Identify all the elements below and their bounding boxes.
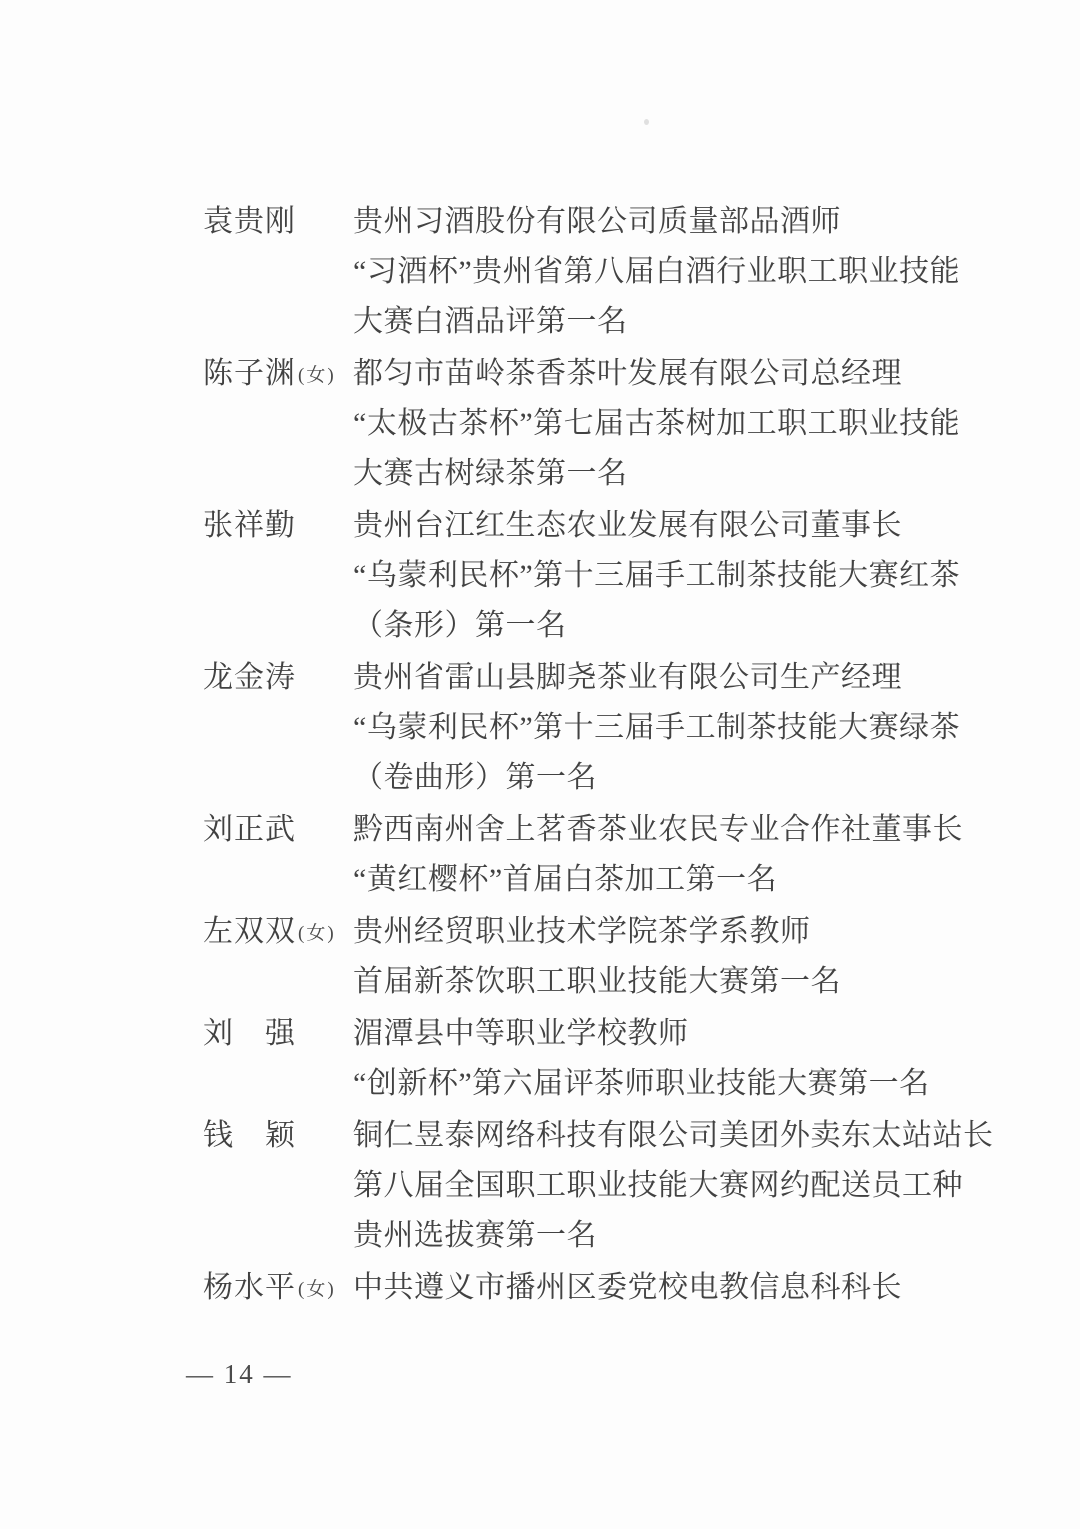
- entry-content-column: 贵州台江红生态农业发展有限公司董事长“乌蒙利民杯”第十三届手工制茶技能大赛红茶（…: [353, 501, 973, 651]
- award-entry: 龙金涛 贵州省雷山县脚尧茶业有限公司生产经理“乌蒙利民杯”第十三届手工制茶技能大…: [203, 653, 973, 803]
- entry-line: 第八届全国职工职业技能大赛网约配送员工种: [353, 1161, 994, 1211]
- recipient-name: 杨水平: [203, 1263, 296, 1313]
- recipient-name: 钱 颖: [203, 1111, 296, 1161]
- recipient-name: 袁贵刚: [203, 197, 296, 247]
- entry-content-column: 贵州省雷山县脚尧茶业有限公司生产经理“乌蒙利民杯”第十三届手工制茶技能大赛绿茶（…: [353, 653, 973, 803]
- entry-line: 大赛白酒品评第一名: [353, 297, 973, 347]
- award-entry: 刘 强 湄潭县中等职业学校教师“创新杯”第六届评茶师职业技能大赛第一名: [203, 1009, 973, 1109]
- entry-content-column: 铜仁昱泰网络科技有限公司美团外卖东太站站长第八届全国职工职业技能大赛网约配送员工…: [353, 1111, 994, 1261]
- entry-line: “创新杯”第六届评茶师职业技能大赛第一名: [353, 1059, 973, 1109]
- entry-content-column: 贵州经贸职业技术学院茶学系教师首届新茶饮职工职业技能大赛第一名: [353, 907, 973, 1007]
- entry-line: 都匀市苗岭茶香茶叶发展有限公司总经理: [353, 349, 973, 399]
- award-entry: 陈子渊 (女) 都匀市苗岭茶香茶叶发展有限公司总经理“太极古茶杯”第七届古茶树加…: [203, 349, 973, 499]
- entry-content-column: 贵州习酒股份有限公司质量部品酒师“习酒杯”贵州省第八届白酒行业职工职业技能大赛白…: [353, 197, 973, 347]
- entry-line: 贵州经贸职业技术学院茶学系教师: [353, 907, 973, 957]
- entry-line: “太极古茶杯”第七届古茶树加工职工职业技能: [353, 399, 973, 449]
- entry-content-column: 黔西南州舍上茗香茶业农民专业合作社董事长“黄红樱杯”首届白茶加工第一名: [353, 805, 973, 905]
- entry-content-column: 中共遵义市播州区委党校电教信息科科长: [353, 1263, 973, 1317]
- entry-line: 首届新茶饮职工职业技能大赛第一名: [353, 957, 973, 1007]
- entry-name-column: 袁贵刚: [203, 197, 353, 347]
- gender-marker: (女): [298, 1265, 336, 1315]
- entry-line: 贵州台江红生态农业发展有限公司董事长: [353, 501, 973, 551]
- scan-artifact-dot: [644, 119, 649, 125]
- entry-line: （条形）第一名: [353, 601, 973, 651]
- entry-line: （卷曲形）第一名: [353, 753, 973, 803]
- entry-line: “乌蒙利民杯”第十三届手工制茶技能大赛红茶: [353, 551, 973, 601]
- award-entry: 刘正武 黔西南州舍上茗香茶业农民专业合作社董事长“黄红樱杯”首届白茶加工第一名: [203, 805, 973, 905]
- entry-line: 贵州省雷山县脚尧茶业有限公司生产经理: [353, 653, 973, 703]
- gender-marker: (女): [298, 909, 336, 959]
- recipient-name: 刘 强: [203, 1009, 296, 1059]
- recipient-name: 左双双: [203, 907, 296, 957]
- award-entry: 左双双 (女) 贵州经贸职业技术学院茶学系教师首届新茶饮职工职业技能大赛第一名: [203, 907, 973, 1007]
- entry-line: “黄红樱杯”首届白茶加工第一名: [353, 855, 973, 905]
- page-number: — 14 —: [186, 1356, 293, 1392]
- document-page: 袁贵刚 贵州习酒股份有限公司质量部品酒师“习酒杯”贵州省第八届白酒行业职工职业技…: [0, 0, 1080, 1529]
- recipient-name: 张祥勤: [203, 501, 296, 551]
- entry-name-column: 左双双 (女): [203, 907, 353, 1007]
- entry-line: 湄潭县中等职业学校教师: [353, 1009, 973, 1059]
- entry-name-column: 钱 颖: [203, 1111, 353, 1261]
- entry-name-column: 刘 强: [203, 1009, 353, 1109]
- award-entries-list: 袁贵刚 贵州习酒股份有限公司质量部品酒师“习酒杯”贵州省第八届白酒行业职工职业技…: [203, 197, 973, 1319]
- entry-line: “习酒杯”贵州省第八届白酒行业职工职业技能: [353, 247, 973, 297]
- entry-line: 铜仁昱泰网络科技有限公司美团外卖东太站站长: [353, 1111, 994, 1161]
- award-entry: 袁贵刚 贵州习酒股份有限公司质量部品酒师“习酒杯”贵州省第八届白酒行业职工职业技…: [203, 197, 973, 347]
- recipient-name: 刘正武: [203, 805, 296, 855]
- award-entry: 钱 颖 铜仁昱泰网络科技有限公司美团外卖东太站站长第八届全国职工职业技能大赛网约…: [203, 1111, 973, 1261]
- entry-line: 贵州选拔赛第一名: [353, 1211, 994, 1261]
- entry-name-column: 刘正武: [203, 805, 353, 905]
- entry-line: 中共遵义市播州区委党校电教信息科科长: [353, 1263, 973, 1313]
- entry-line: 大赛古树绿茶第一名: [353, 449, 973, 499]
- entry-name-column: 杨水平 (女): [203, 1263, 353, 1317]
- recipient-name: 陈子渊: [203, 349, 296, 399]
- award-entry: 张祥勤 贵州台江红生态农业发展有限公司董事长“乌蒙利民杯”第十三届手工制茶技能大…: [203, 501, 973, 651]
- entry-name-column: 张祥勤: [203, 501, 353, 651]
- recipient-name: 龙金涛: [203, 653, 296, 703]
- award-entry: 杨水平 (女) 中共遵义市播州区委党校电教信息科科长: [203, 1263, 973, 1317]
- entry-line: 贵州习酒股份有限公司质量部品酒师: [353, 197, 973, 247]
- gender-marker: (女): [298, 351, 336, 401]
- entry-line: “乌蒙利民杯”第十三届手工制茶技能大赛绿茶: [353, 703, 973, 753]
- entry-name-column: 陈子渊 (女): [203, 349, 353, 499]
- entry-content-column: 都匀市苗岭茶香茶叶发展有限公司总经理“太极古茶杯”第七届古茶树加工职工职业技能大…: [353, 349, 973, 499]
- entry-content-column: 湄潭县中等职业学校教师“创新杯”第六届评茶师职业技能大赛第一名: [353, 1009, 973, 1109]
- entry-name-column: 龙金涛: [203, 653, 353, 803]
- entry-line: 黔西南州舍上茗香茶业农民专业合作社董事长: [353, 805, 973, 855]
